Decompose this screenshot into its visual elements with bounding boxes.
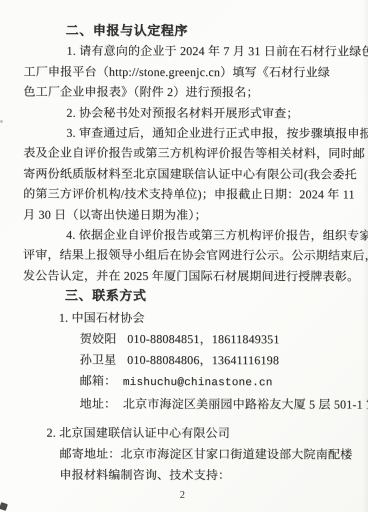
doc-line: 月 30 日（以寄出快递日期为准）； (23, 204, 347, 225)
contact-row: 贺姣阳010-88084851，18611849351 (23, 328, 347, 350)
address-row: 地址：北京市海淀区美丽园中路裕友大厦 5 层 501-1 室 (23, 394, 347, 416)
doc-line: 发公告认定，并在 2025 年厦门国际石材展期间进行授牌表彰。 (23, 265, 347, 286)
org-name-certification-center: 2. 北京国建联信认证中心有限公司 (23, 422, 347, 444)
section-heading-application-procedure: 二、申报与认定程序 (24, 21, 348, 42)
doc-line: 2. 协会秘书处对预报名材料开展形式审查； (23, 102, 347, 123)
org-name-china-stone-association: 1. 中国石材协会 (23, 307, 347, 329)
address-label: 地址： (80, 397, 117, 411)
contact-name: 贺姣阳 (80, 331, 117, 345)
contact-row: 孙卫星010-88084806，13641116198 (23, 349, 347, 371)
scanned-document-page: 二、申报与认定程序 1. 请有意向的企业于 2024 年 7 月 31 日前在石… (0, 0, 368, 512)
doc-line: 表及企业自评价报告或第三方机构评价报告等相关材料，同时邮 (23, 143, 347, 164)
doc-line: 4. 依据企业自评价报告或第三方机构评价报告，组织专家 (23, 225, 347, 246)
scan-corner-mark (0, 502, 8, 511)
doc-line: 寄两份纸质版材料至北京国建联信认证中心有限公司(我会委托 (23, 163, 347, 184)
doc-line: 1. 请有意向的企业于 2024 年 7 月 31 日前在石材行业绿色 (24, 41, 348, 62)
email-label: 邮箱： (80, 374, 117, 388)
scan-edge-shadow (362, 0, 368, 512)
doc-line: 工厂申报平台（http://stone.greenjc.cn）填写《石材行业绿 (23, 61, 347, 82)
doc-line: 评审，结果上报领导小组后在协会官网进行公示。公示期结束后， (23, 245, 347, 266)
document-body: 二、申报与认定程序 1. 请有意向的企业于 2024 年 7 月 31 日前在石… (22, 21, 347, 505)
doc-line: 3. 审查通过后，通知企业进行正式申报，按步骤填报申报 (23, 123, 347, 144)
doc-line: 的第三方评价机构/技术支持单位)；申报截止日期：2024 年 11 (23, 184, 347, 205)
email-row: 邮箱：mishuchu@chinastone.cn (23, 371, 347, 395)
contact-phones: 010-88084851，18611849351 (127, 332, 279, 346)
address-value: 北京市海淀区美丽园中路裕友大厦 5 层 501-1 室 (123, 397, 368, 412)
section-heading-contact-info: 三、联系方式 (23, 286, 347, 307)
mailing-address-line: 邮寄地址：北京市海淀区甘家口街道建设部大院南配楼 (22, 443, 346, 465)
support-contact-line: 申报材料编制咨询、技术支持： (22, 464, 346, 486)
contact-name: 孙卫星 (80, 353, 117, 367)
page-number: 2 (22, 486, 346, 505)
scan-speck (0, 120, 3, 123)
contact-phones: 010-88084806，13641116198 (127, 353, 279, 367)
doc-line: 色工厂企业申报表》（附件 2）进行预报名； (23, 82, 347, 103)
email-address: mishuchu@chinastone.cn (123, 377, 273, 389)
